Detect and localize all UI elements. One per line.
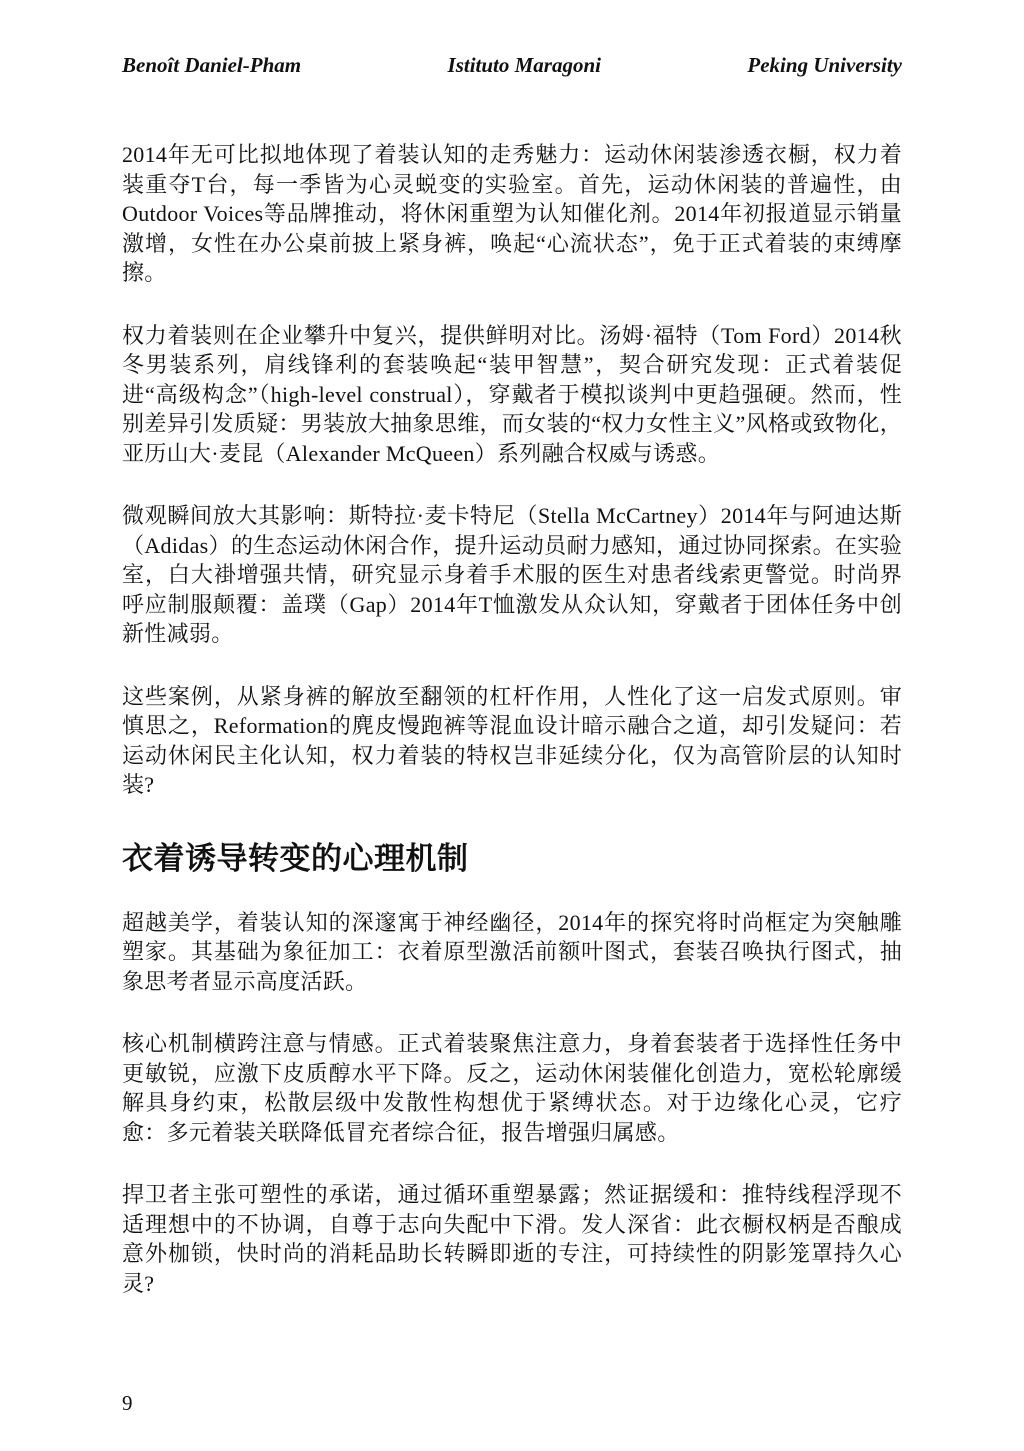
page-number: 9 (122, 1390, 133, 1416)
paragraph-2: 权力着装则在企业攀升中复兴，提供鲜明对比。汤姆·福特（Tom Ford）2014… (122, 321, 902, 469)
author-affiliation-2: Peking University (747, 52, 902, 78)
section-paragraph-1: 超越美学，着装认知的深邃寓于神经幽径，2014年的探究将时尚框定为突触雕塑家。其… (122, 908, 902, 997)
paragraph-1: 2014年无可比拟地体现了着装认知的走秀魅力：运动休闲装渗透衣橱，权力着装重夺T… (122, 140, 902, 288)
article-body: 2014年无可比拟地体现了着装认知的走秀魅力：运动休闲装渗透衣橱，权力着装重夺T… (122, 140, 902, 1298)
section-paragraph-3: 捍卫者主张可塑性的承诺，通过循环重塑暴露；然证据缓和：推特线程浮现不适理想中的不… (122, 1180, 902, 1298)
paragraph-3: 微观瞬间放大其影响：斯特拉·麦卡特尼（Stella McCartney）2014… (122, 501, 902, 649)
document-page: Benoît Daniel-Pham Istituto Maragoni Pek… (0, 0, 1024, 1451)
text-column: Benoît Daniel-Pham Istituto Maragoni Pek… (122, 0, 902, 1331)
author-name-1: Benoît Daniel-Pham (122, 52, 301, 78)
section-heading: 衣着诱导转变的心理机制 (122, 840, 902, 878)
section-paragraph-2: 核心机制横跨注意与情感。正式着装聚焦注意力，身着套装者于选择性任务中更敏锐，应激… (122, 1029, 902, 1147)
author-affiliation-1: Istituto Maragoni (448, 52, 601, 78)
paragraph-4: 这些案例，从紧身裤的解放至翻领的杠杆作用，人性化了这一启发式原则。审慎思之，Re… (122, 682, 902, 800)
author-header-row: Benoît Daniel-Pham Istituto Maragoni Pek… (122, 52, 902, 78)
